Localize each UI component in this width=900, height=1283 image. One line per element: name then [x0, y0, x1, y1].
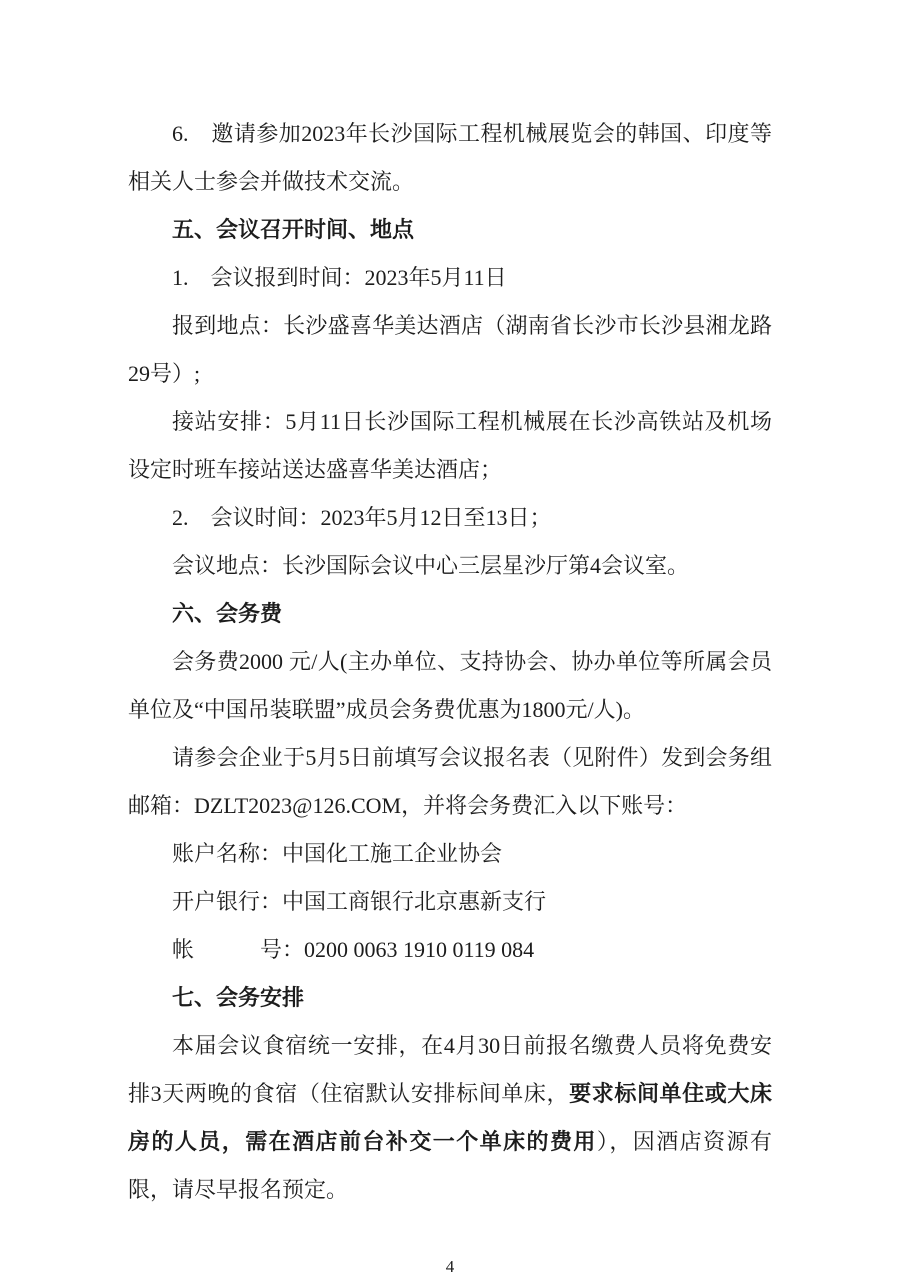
document-page: 6. 邀请参加2023年长沙国际工程机械展览会的韩国、印度等相关人士参会并做技术… — [0, 0, 900, 1283]
text-run: 帐 号：0200 0063 1910 0119 084 — [172, 937, 534, 962]
para-meeting-location: 会议地点：长沙国际会议中心三层星沙厅第4会议室。 — [128, 542, 772, 590]
text-run: 1. 会议报到时间：2023年5月11日 — [172, 265, 507, 290]
para-registration-instructions: 请参会企业于5月5日前填写会议报名表（见附件）发到会务组邮箱：DZLT2023@… — [128, 734, 772, 830]
para-meeting-time: 2. 会议时间：2023年5月12日至13日； — [128, 494, 772, 542]
para-checkin-location: 报到地点：长沙盛喜华美达酒店（湖南省长沙市长沙县湘龙路29号）; — [128, 302, 772, 398]
text-run: 请参会企业于5月5日前填写会议报名表（见附件）发到会务组邮箱：DZLT2023@… — [128, 745, 772, 818]
heading-conference-fee: 六、会务费 — [128, 590, 772, 638]
text-run: 报到地点：长沙盛喜华美达酒店（湖南省长沙市长沙县湘龙路29号）; — [128, 313, 772, 386]
para-fee-details: 会务费2000 元/人(主办单位、支持协会、协办单位等所属会员单位及“中国吊装联… — [128, 638, 772, 734]
text-run: 五、会议召开时间、地点 — [172, 217, 414, 242]
para-checkin-time: 1. 会议报到时间：2023年5月11日 — [128, 254, 772, 302]
para-accommodation-details: 本届会议食宿统一安排，在4月30日前报名缴费人员将免费安排3天两晚的食宿（住宿默… — [128, 1022, 772, 1214]
text-run: 账户名称：中国化工施工企业协会 — [172, 841, 502, 866]
para-shuttle-arrangement: 接站安排：5月11日长沙国际工程机械展在长沙高铁站及机场设定时班车接站送达盛喜华… — [128, 398, 772, 494]
text-run: 接站安排：5月11日长沙国际工程机械展在长沙高铁站及机场设定时班车接站送达盛喜华… — [128, 409, 772, 482]
text-run: 6. 邀请参加2023年长沙国际工程机械展览会的韩国、印度等相关人士参会并做技术… — [128, 121, 772, 194]
heading-meeting-time-location: 五、会议召开时间、地点 — [128, 206, 772, 254]
para-invite-foreign-guests: 6. 邀请参加2023年长沙国际工程机械展览会的韩国、印度等相关人士参会并做技术… — [128, 110, 772, 206]
para-bank-name: 开户银行：中国工商银行北京惠新支行 — [128, 878, 772, 926]
para-account-number: 帐 号：0200 0063 1910 0119 084 — [128, 926, 772, 974]
text-run: 七、会务安排 — [172, 985, 304, 1010]
text-run: 会议地点：长沙国际会议中心三层星沙厅第4会议室。 — [172, 553, 689, 578]
page-number: 4 — [0, 1258, 900, 1275]
para-account-name: 账户名称：中国化工施工企业协会 — [128, 830, 772, 878]
text-run: 会务费2000 元/人(主办单位、支持协会、协办单位等所属会员单位及“中国吊装联… — [128, 649, 772, 722]
document-body: 6. 邀请参加2023年长沙国际工程机械展览会的韩国、印度等相关人士参会并做技术… — [128, 110, 772, 1214]
text-run: 开户银行：中国工商银行北京惠新支行 — [172, 889, 546, 914]
text-run: 六、会务费 — [172, 601, 282, 626]
heading-logistics: 七、会务安排 — [128, 974, 772, 1022]
text-run: 2. 会议时间：2023年5月12日至13日； — [172, 505, 552, 530]
